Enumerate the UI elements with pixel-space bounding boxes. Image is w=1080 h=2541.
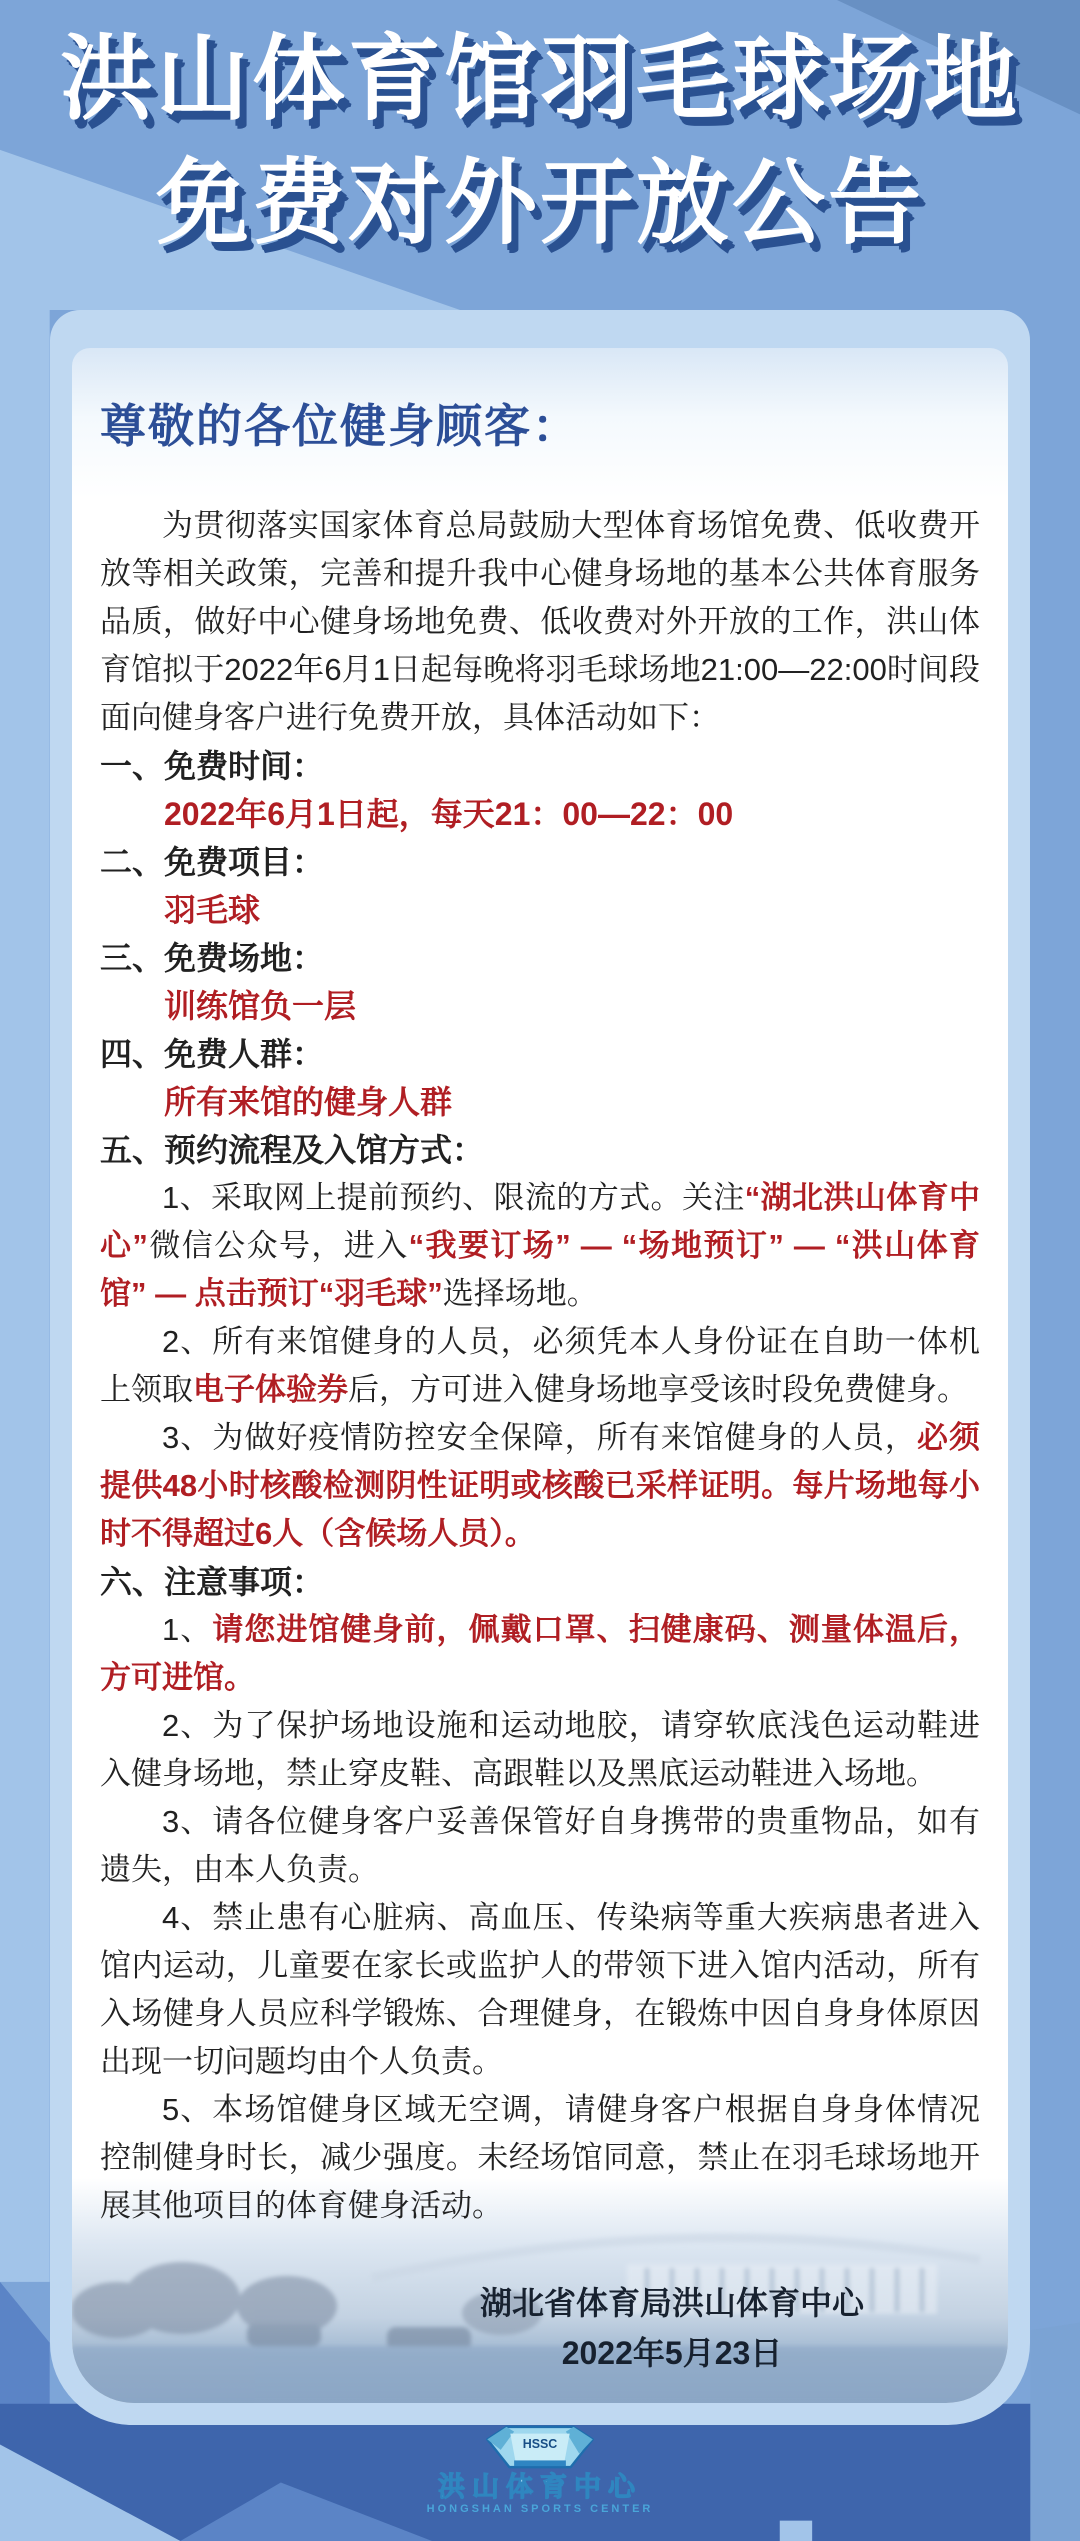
- booking-step-3: 3、为做好疫情防控安全保障，所有来馆健身的人员，必须提供48小时核酸检测阴性证明…: [100, 1414, 980, 1558]
- notice-item-5: 5、本场馆健身区域无空调，请健身客户根据自身身体情况控制健身时长，减少强度。未经…: [100, 2086, 980, 2230]
- free-venue-value: 训练馆负一层: [100, 982, 980, 1030]
- announcement-card-border: 尊敬的各位健身顾客： 为贯彻落实国家体育总局鼓励大型体育场馆免费、低收费开放等相…: [50, 310, 1030, 2425]
- free-program-heading: 二、免费项目：: [100, 838, 980, 886]
- free-time-value: 2022年6月1日起，每天21：00—22：00: [100, 790, 980, 838]
- announcement-card: 尊敬的各位健身顾客： 为贯彻落实国家体育总局鼓励大型体育场馆免费、低收费开放等相…: [72, 348, 1008, 2403]
- booking-step-1: 1、采取网上提前预约、限流的方式。关注“湖北洪山体育中心”微信公众号，进入“我要…: [100, 1174, 980, 1318]
- announcement-date: 2022年5月23日: [364, 2328, 980, 2378]
- signature-block: 湖北省体育局洪山体育中心 2022年5月23日: [364, 2278, 980, 2378]
- announcement-poster: { "colors": { "page_bg": "#7da5d8", "sha…: [0, 0, 1080, 2541]
- free-group-heading: 四、免费人群：: [100, 1030, 980, 1078]
- poster-title-line-2: 免费对外开放公告: [0, 142, 1080, 266]
- stadium-logo-icon: HSSC: [476, 2424, 604, 2470]
- logo-name: 洪山体育中心: [0, 2472, 1080, 2502]
- booking-section-heading: 五、预约流程及入馆方式：: [100, 1126, 980, 1174]
- notice-section-heading: 六、注意事项：: [100, 1558, 980, 1606]
- free-time-heading: 一、免费时间：: [100, 742, 980, 790]
- poster-title-line-1: 洪山体育馆羽毛球场地: [0, 18, 1080, 142]
- free-venue-heading: 三、免费场地：: [100, 934, 980, 982]
- logo-abbr: HSSC: [523, 2437, 558, 2451]
- notice-item-2: 2、为了保护场地设施和运动地胶，请穿软底浅色运动鞋进入健身场地，禁止穿皮鞋、高跟…: [100, 1702, 980, 1798]
- notice-item-1: 1、请您进馆健身前，佩戴口罩、扫健康码、测量体温后，方可进馆。: [100, 1606, 980, 1702]
- poster-title: 洪山体育馆羽毛球场地 免费对外开放公告: [0, 18, 1080, 265]
- greeting: 尊敬的各位健身顾客：: [100, 390, 980, 456]
- free-program-value: 羽毛球: [100, 886, 980, 934]
- logo-name-en: HONGSHAN SPORTS CENTER: [0, 2502, 1080, 2517]
- intro-paragraph: 为贯彻落实国家体育总局鼓励大型体育场馆免费、低收费开放等相关政策，完善和提升我中…: [100, 502, 980, 742]
- signature: 湖北省体育局洪山体育中心: [364, 2278, 980, 2328]
- free-group-value: 所有来馆的健身人群: [100, 1078, 980, 1126]
- announcement-body: 尊敬的各位健身顾客： 为贯彻落实国家体育总局鼓励大型体育场馆免费、低收费开放等相…: [72, 348, 1008, 2378]
- sports-center-logo: HSSC 洪山体育中心 HONGSHAN SPORTS CENTER: [0, 2424, 1080, 2517]
- notice-item-3: 3、请各位健身客户妥善保管好自身携带的贵重物品，如有遗失，由本人负责。: [100, 1798, 980, 1894]
- booking-step-2: 2、所有来馆健身的人员，必须凭本人身份证在自助一体机上领取电子体验券后，方可进入…: [100, 1318, 980, 1414]
- notice-item-4: 4、禁止患有心脏病、高血压、传染病等重大疾病患者进入馆内运动，儿童要在家长或监护…: [100, 1894, 980, 2086]
